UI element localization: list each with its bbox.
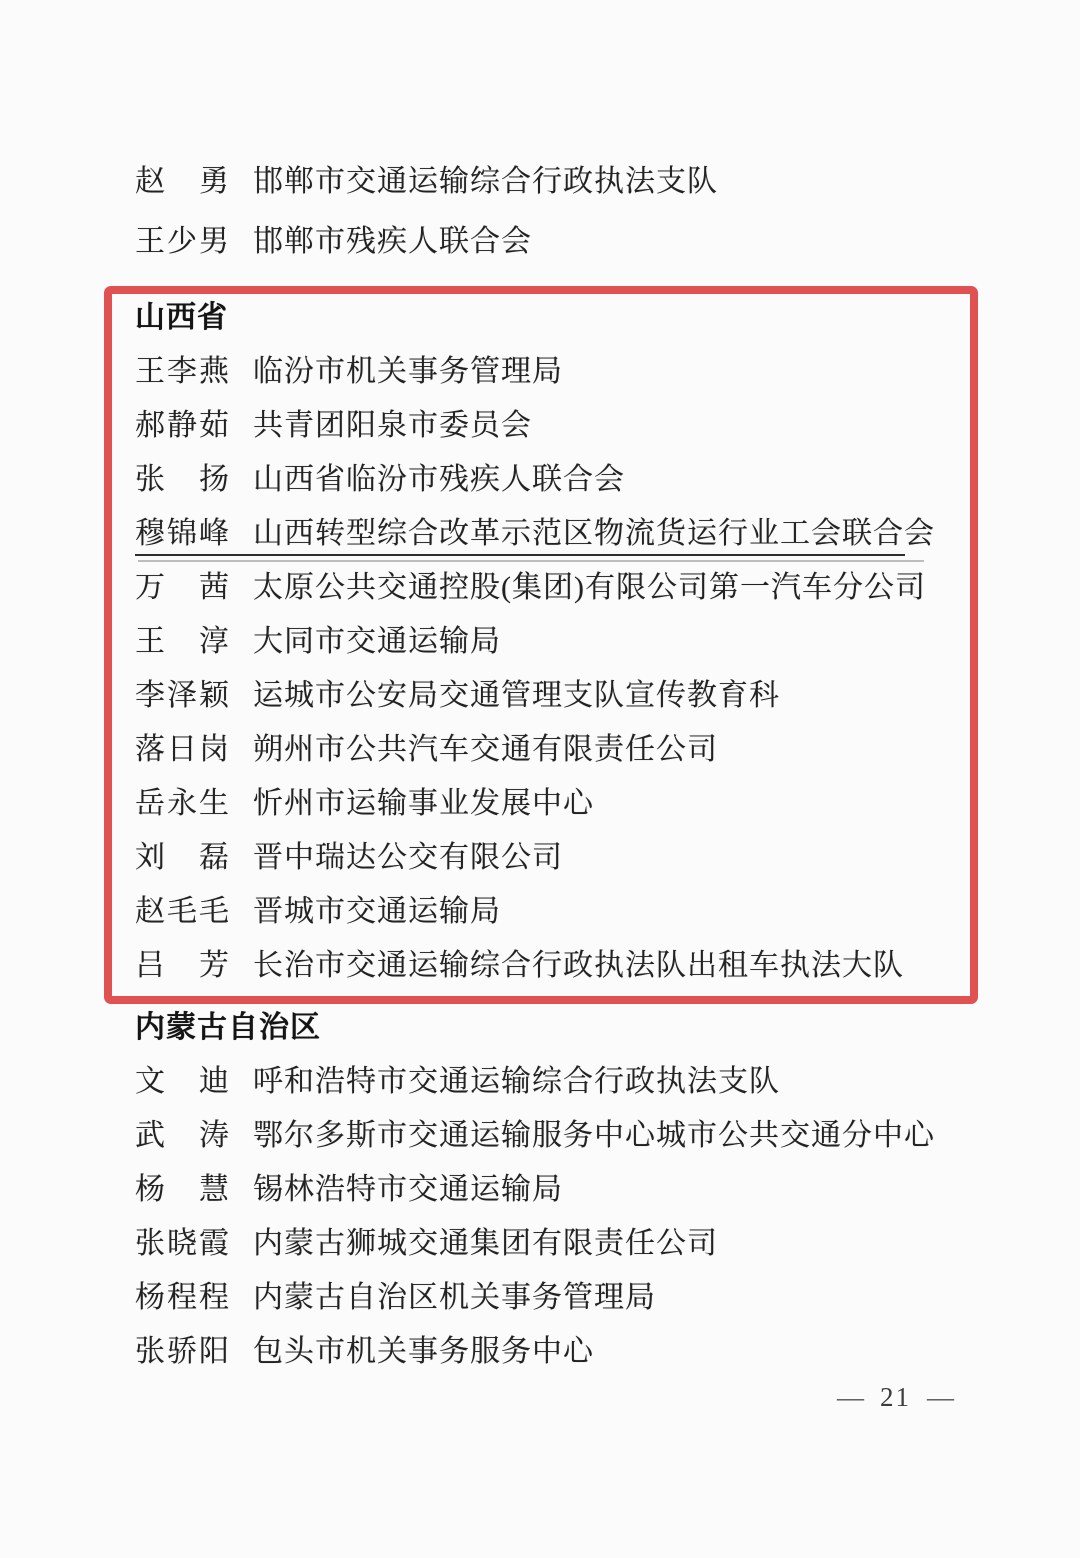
organization: 晋城市交通运输局: [253, 896, 501, 928]
person-name: 王淳: [135, 626, 229, 658]
table-row: 杨程程 内蒙古自治区机关事务管理局: [135, 1282, 1080, 1314]
highlight-box: 山西省 王李燕 临汾市机关事务管理局 郝静茹 共青团阳泉市委员会 张扬 山西省临…: [104, 286, 978, 1004]
table-row: 岳永生 忻州市运输事业发展中心: [135, 788, 970, 820]
person-name: 穆锦峰: [135, 518, 229, 550]
person-name: 万茜: [135, 572, 229, 604]
page-number-dash-left: —: [837, 1382, 864, 1412]
organization: 锡林浩特市交通运输局: [253, 1174, 563, 1206]
table-row: 王少男 邯郸市残疾人联合会: [135, 226, 1080, 258]
table-row: 王淳 大同市交通运输局: [135, 626, 970, 658]
person-name: 武涛: [135, 1120, 229, 1152]
section-rows-neimenggu: 文迪 呼和浩特市交通运输综合行政执法支队 武涛 鄂尔多斯市交通运输服务中心城市公…: [135, 1066, 1080, 1368]
table-row: 赵毛毛 晋城市交通运输局: [135, 896, 970, 928]
organization: 忻州市运输事业发展中心: [253, 788, 594, 820]
organization: 鄂尔多斯市交通运输服务中心城市公共交通分中心: [253, 1120, 935, 1152]
organization: 包头市机关事务服务中心: [253, 1336, 594, 1368]
person-name: 张扬: [135, 464, 229, 496]
person-name: 王少男: [135, 226, 229, 258]
document-page: 赵勇 邯郸市交通运输综合行政执法支队 王少男 邯郸市残疾人联合会 山西省 王李燕…: [0, 0, 1080, 1413]
person-name: 张骄阳: [135, 1336, 229, 1368]
organization: 共青团阳泉市委员会: [253, 410, 532, 442]
table-row: 张骄阳 包头市机关事务服务中心: [135, 1336, 1080, 1368]
person-name: 李泽颖: [135, 680, 229, 712]
person-name: 刘磊: [135, 842, 229, 874]
table-row: 吕芳 长治市交通运输综合行政执法队出租车执法大队: [135, 950, 970, 982]
organization: 呼和浩特市交通运输综合行政执法支队: [253, 1066, 780, 1098]
table-row: 王李燕 临汾市机关事务管理局: [135, 356, 970, 388]
table-row: 万茜 太原公共交通控股(集团)有限公司第一汽车分公司: [135, 572, 970, 604]
table-row: 刘磊 晋中瑞达公交有限公司: [135, 842, 970, 874]
organization: 大同市交通运输局: [253, 626, 501, 658]
person-name: 杨程程: [135, 1282, 229, 1314]
organization: 朔州市公共汽车交通有限责任公司: [253, 734, 718, 766]
award-list-top: 赵勇 邯郸市交通运输综合行政执法支队 王少男 邯郸市残疾人联合会: [0, 166, 1080, 258]
page-number-value: 21: [864, 1382, 927, 1412]
organization: 内蒙古自治区机关事务管理局: [253, 1282, 656, 1314]
table-row: 文迪 呼和浩特市交通运输综合行政执法支队: [135, 1066, 1080, 1098]
organization: 长治市交通运输综合行政执法队出租车执法大队: [253, 950, 904, 982]
person-name: 王李燕: [135, 356, 229, 388]
page-footer: —21—: [0, 1382, 1080, 1413]
table-row: 赵勇 邯郸市交通运输综合行政执法支队: [135, 166, 1080, 198]
organization: 太原公共交通控股(集团)有限公司第一汽车分公司: [253, 572, 926, 604]
person-name: 郝静茹: [135, 410, 229, 442]
table-row: 杨慧 锡林浩特市交通运输局: [135, 1174, 1080, 1206]
section-header-neimenggu: 内蒙古自治区: [135, 1012, 1080, 1044]
table-row: 张扬 山西省临汾市残疾人联合会: [135, 464, 970, 496]
organization: 山西省临汾市残疾人联合会: [253, 464, 625, 496]
section-rows-shanxi: 王李燕 临汾市机关事务管理局 郝静茹 共青团阳泉市委员会 张扬 山西省临汾市残疾…: [135, 356, 970, 982]
table-row: 郝静茹 共青团阳泉市委员会: [135, 410, 970, 442]
person-name: 岳永生: [135, 788, 229, 820]
table-row: 李泽颖 运城市公安局交通管理支队宣传教育科: [135, 680, 970, 712]
organization: 山西转型综合改革示范区物流货运行业工会联合会: [253, 518, 935, 550]
section-neimenggu: 内蒙古自治区 文迪 呼和浩特市交通运输综合行政执法支队 武涛 鄂尔多斯市交通运输…: [0, 1012, 1080, 1368]
section-header-shanxi: 山西省: [135, 302, 970, 334]
page-number-dash-right: —: [927, 1382, 954, 1412]
organization: 晋中瑞达公交有限公司: [253, 842, 563, 874]
person-name: 杨慧: [135, 1174, 229, 1206]
person-name: 赵勇: [135, 166, 229, 198]
organization: 邯郸市残疾人联合会: [253, 226, 532, 258]
table-row: 武涛 鄂尔多斯市交通运输服务中心城市公共交通分中心: [135, 1120, 1080, 1152]
person-name: 张晓霞: [135, 1228, 229, 1260]
person-name: 赵毛毛: [135, 896, 229, 928]
organization: 临汾市机关事务管理局: [253, 356, 563, 388]
table-row: 落日岗 朔州市公共汽车交通有限责任公司: [135, 734, 970, 766]
organization: 运城市公安局交通管理支队宣传教育科: [253, 680, 780, 712]
person-name: 文迪: [135, 1066, 229, 1098]
person-name: 落日岗: [135, 734, 229, 766]
organization: 内蒙古狮城交通集团有限责任公司: [253, 1228, 718, 1260]
organization: 邯郸市交通运输综合行政执法支队: [253, 166, 718, 198]
person-name: 吕芳: [135, 950, 229, 982]
table-row: 张晓霞 内蒙古狮城交通集团有限责任公司: [135, 1228, 1080, 1260]
table-row: 穆锦峰 山西转型综合改革示范区物流货运行业工会联合会: [135, 518, 970, 550]
